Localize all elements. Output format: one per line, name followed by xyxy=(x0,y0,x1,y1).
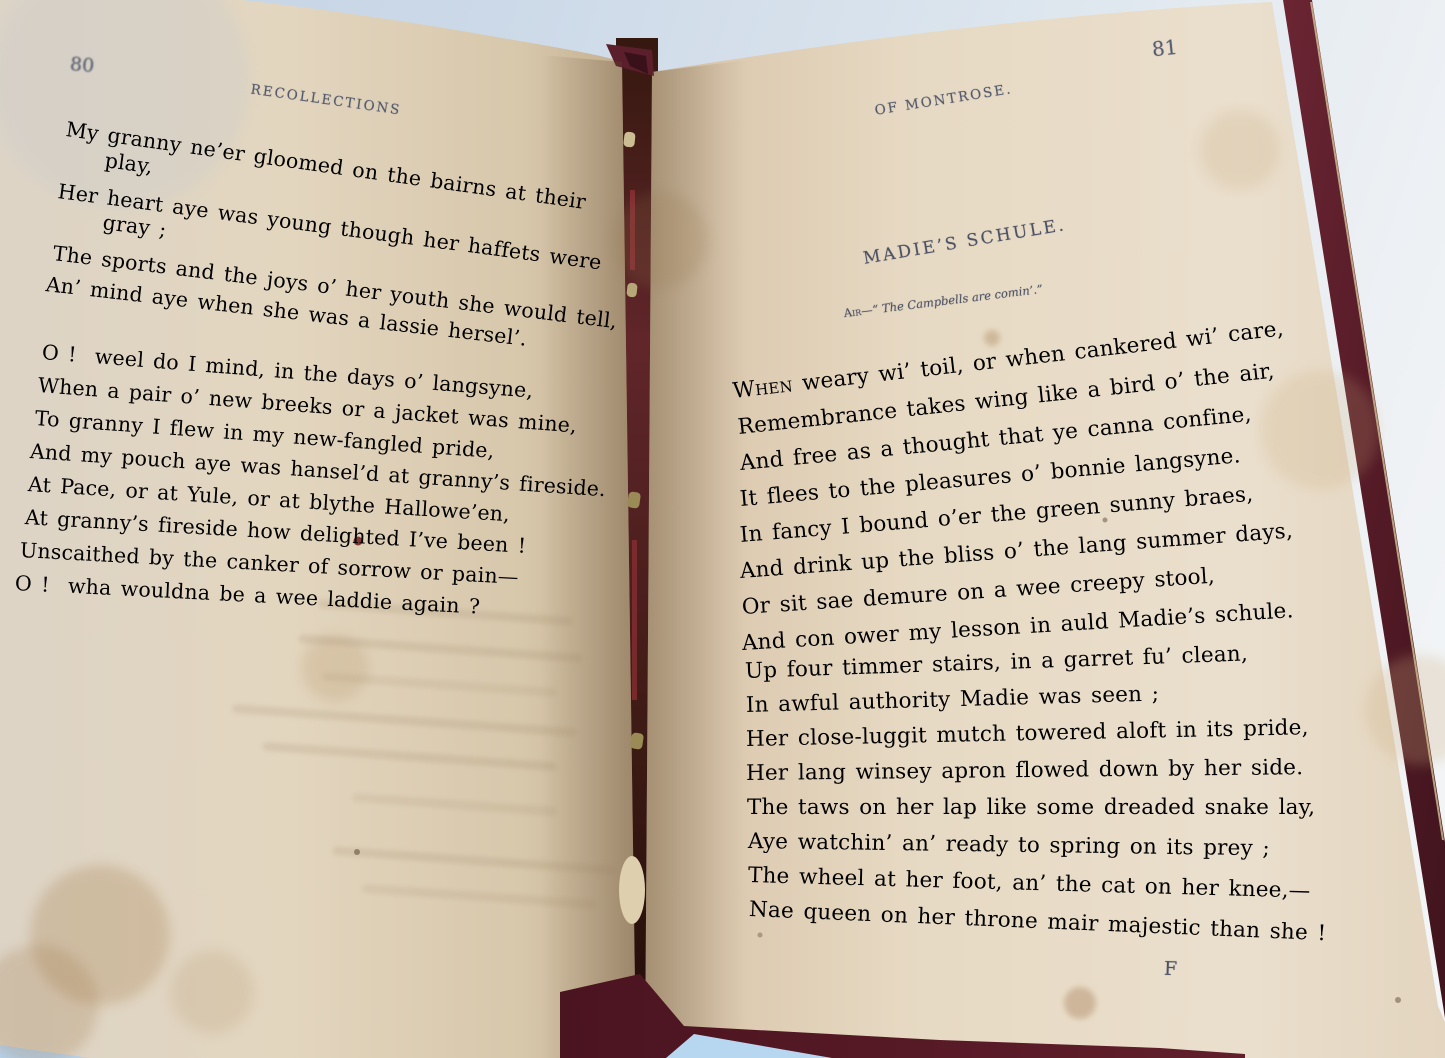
running-header-right: OF MONTROSE. xyxy=(874,81,1014,119)
right-page-text-layer: 81 OF MONTROSE. MADIE’S SCHULE. Air—“ Th… xyxy=(0,0,1445,1058)
poem-line: The taws on her lap like some dreaded sn… xyxy=(747,791,1327,825)
right-stanza-2: Up four timmer stairs, in a garret fu’ c… xyxy=(726,655,1327,927)
air-quote: “ The Campbells are comin’.” xyxy=(872,282,1044,317)
signature-mark: F xyxy=(1164,958,1178,980)
book-photograph: 80 RECOLLECTIONS My granny ne’er gloomed… xyxy=(0,0,1445,1058)
page-number-right: 81 xyxy=(1151,35,1179,62)
air-attribution: Air—“ The Campbells are comin’.” xyxy=(843,282,1044,320)
right-stanza-1: When weary wi’ toil, or when cankered wi… xyxy=(726,374,1294,662)
air-label: Air— xyxy=(843,303,873,320)
poem-title: MADIE’S SCHULE. xyxy=(862,215,1068,269)
poem-line: Her lang winsey apron flowed down by her… xyxy=(746,751,1327,791)
poem-line-lead: When xyxy=(732,372,795,404)
